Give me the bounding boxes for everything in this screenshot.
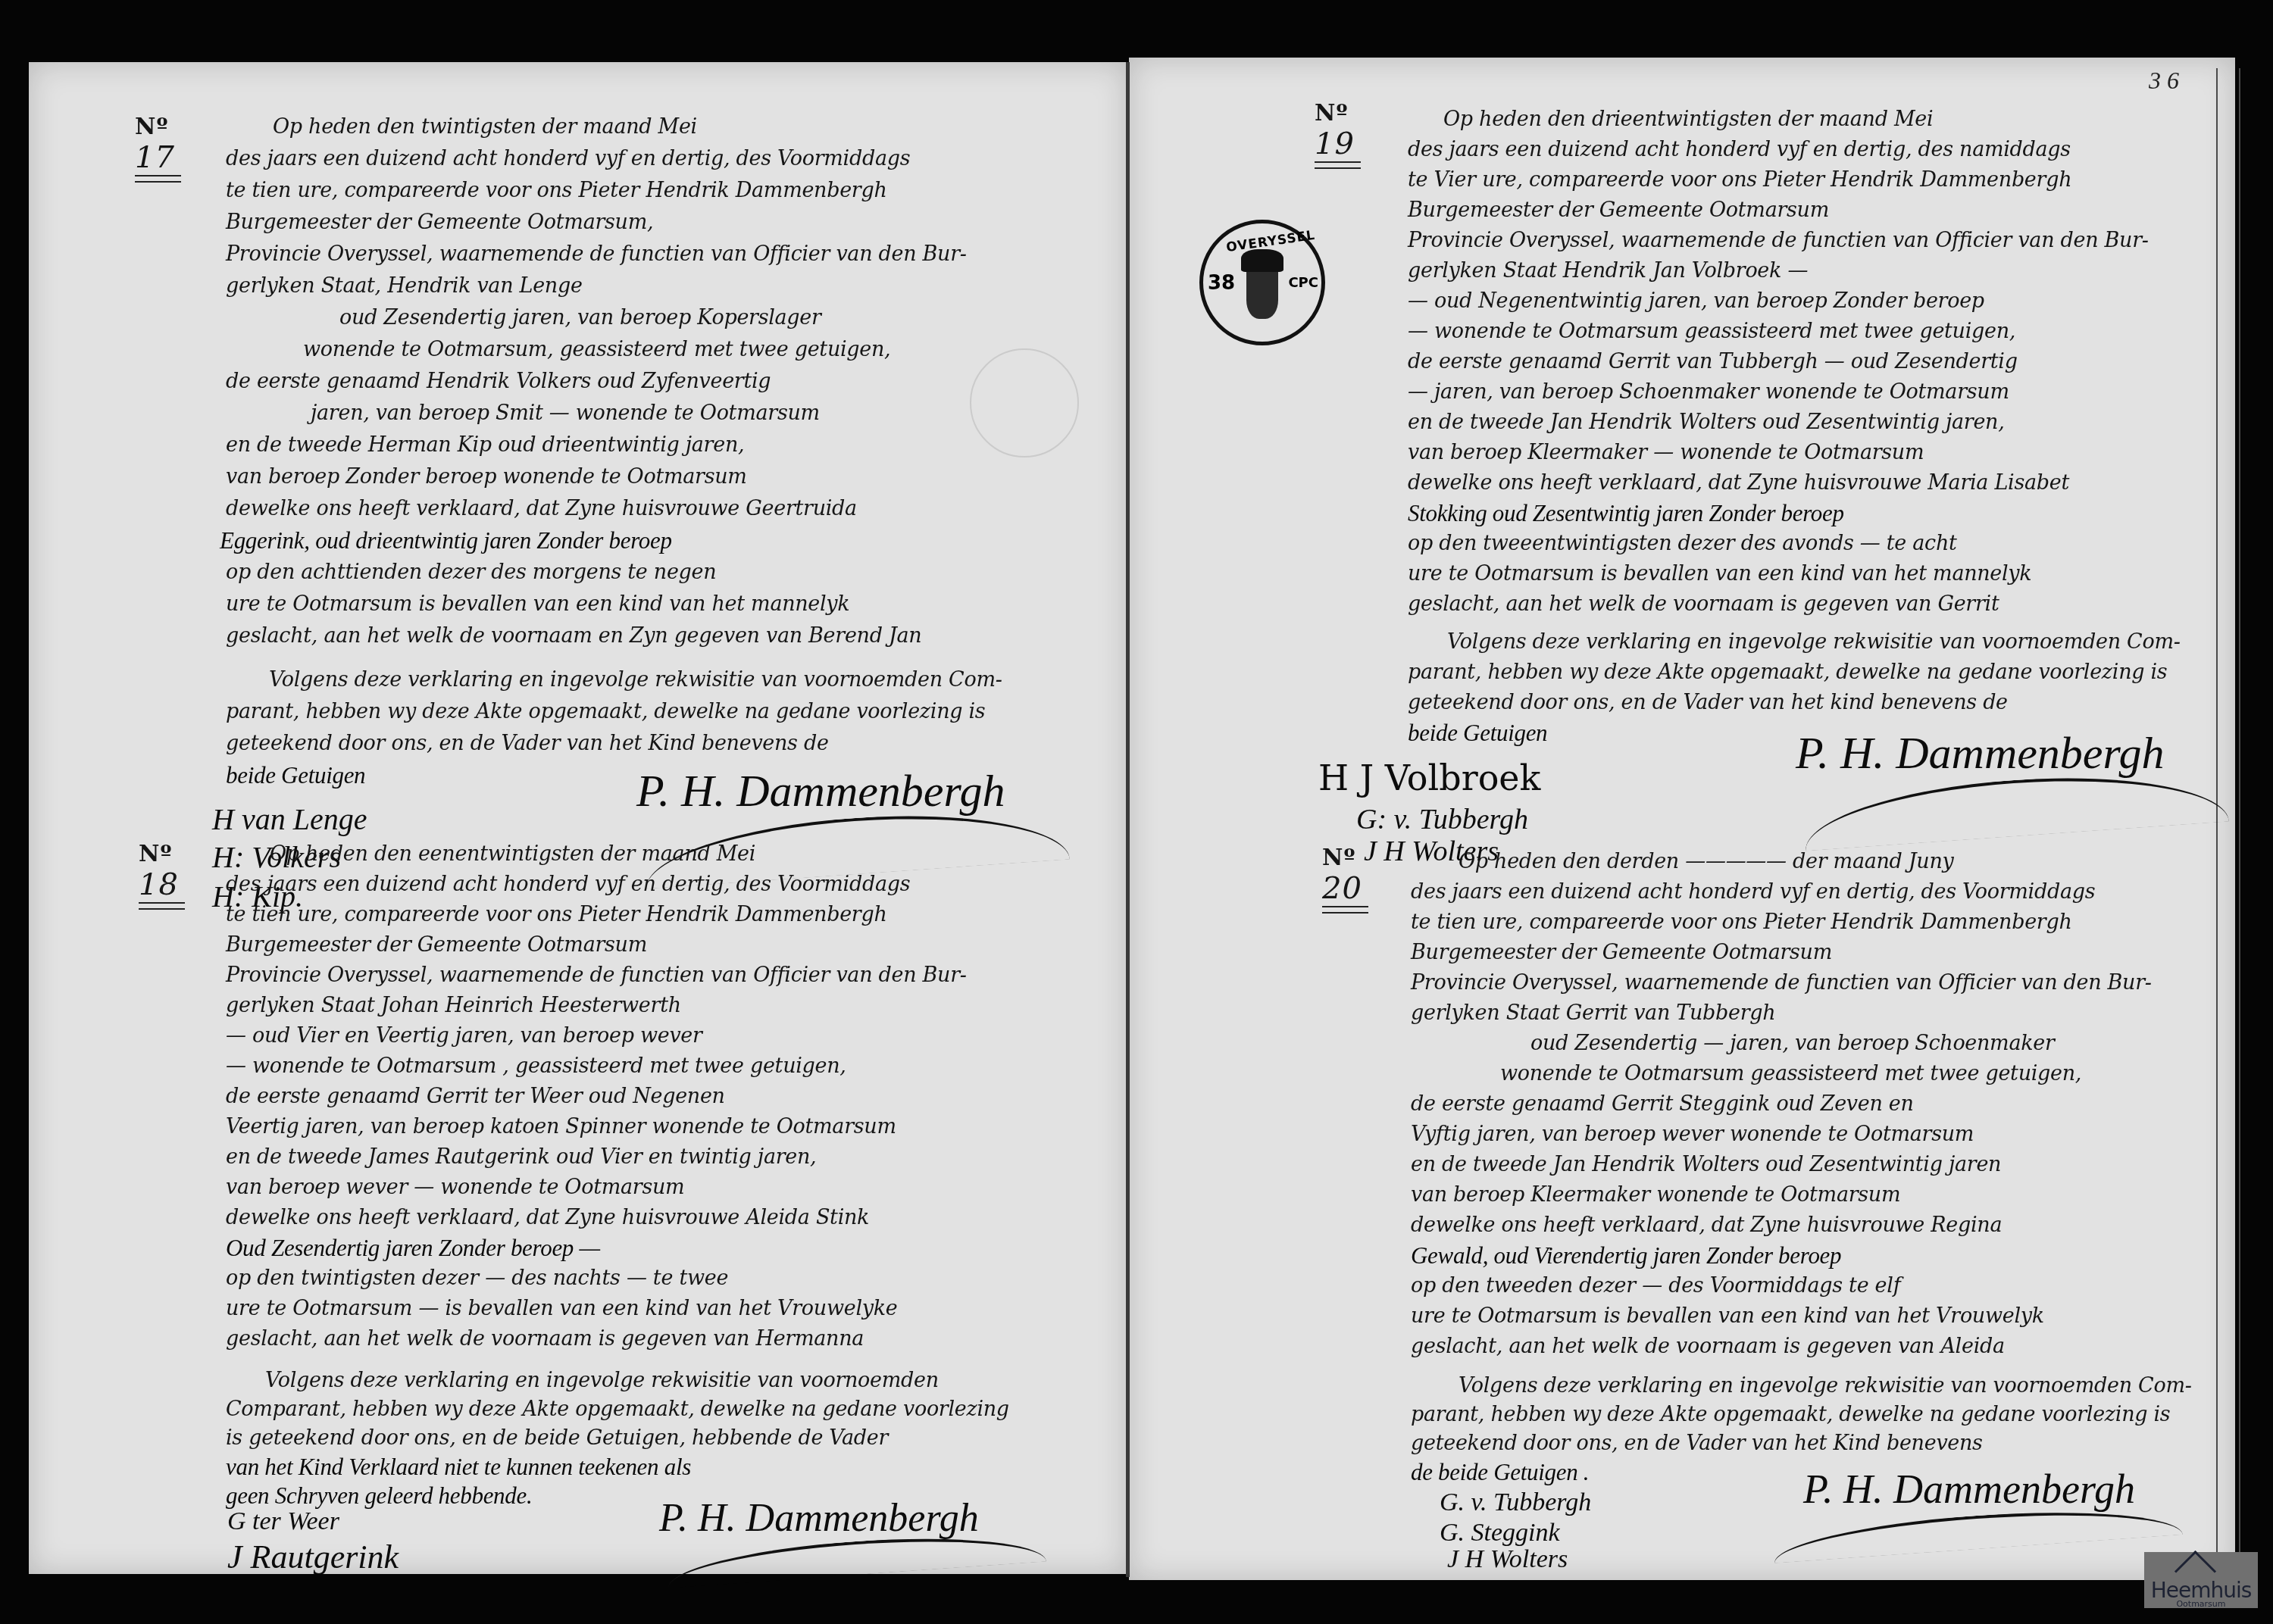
- record-line: gerlyken Staat Johan Heinrich Heesterwer…: [226, 992, 681, 1020]
- record-line: Eggerink, oud drieentwintig jaren Zonder…: [220, 527, 672, 554]
- record-line: te Vier ure, compareerde voor ons Pieter…: [1408, 167, 2071, 194]
- record-line: Provincie Overyssel, waarnemende de func…: [1408, 227, 2149, 255]
- record-line: Vyftig jaren, van beroep wever wonende t…: [1411, 1121, 1974, 1148]
- record-line: en de tweede Jan Hendrik Wolters oud Zes…: [1411, 1151, 2001, 1179]
- faint-stamp-bleedthrough: [970, 348, 1079, 458]
- stamp-value: 38: [1208, 272, 1235, 295]
- record-line: — wonende te Ootmarsum , geassisteerd me…: [226, 1053, 846, 1080]
- record-line: en de tweede Herman Kip oud drieentwinti…: [226, 432, 744, 459]
- record-line: Provincie Overyssel, waarnemende de func…: [226, 241, 967, 268]
- record-line: op den tweeentwintigsten dezer des avond…: [1408, 530, 1957, 557]
- record-line: wonende te Ootmarsum, geassisteerd met t…: [303, 336, 890, 364]
- witness-signature: H J Volbroek: [1318, 757, 1540, 798]
- page-edge-line: [2239, 68, 2240, 1576]
- record-line: gerlyken Staat, Hendrik van Lenge: [226, 273, 583, 300]
- witness-signature: J H Wolters: [1447, 1545, 1568, 1574]
- record-line: Gewald, oud Vierendertig jaren Zonder be…: [1411, 1242, 1841, 1270]
- closing-line: beide Getuigen: [226, 762, 365, 789]
- record-line: op den tweeden dezer — des Voormiddags t…: [1411, 1273, 1900, 1300]
- record-line: geslacht, aan het welk de voornaam is ge…: [1411, 1333, 2005, 1360]
- official-signature: P. H. Dammenbergh: [636, 765, 1005, 817]
- official-signature: P. H. Dammenbergh: [1803, 1466, 2135, 1513]
- closing-line: parant, hebben wy deze Akte opgemaakt, d…: [226, 698, 985, 726]
- record-number: Nº 20: [1322, 845, 1362, 906]
- record-line: de eerste genaamd Gerrit ter Weer oud Ne…: [226, 1083, 725, 1110]
- record-line: dewelke ons heeft verklaard, dat Zyne hu…: [1411, 1212, 2002, 1239]
- record-line: Burgemeester der Gemeente Ootmarsum: [226, 932, 647, 959]
- record-line: gerlyken Staat Hendrik Jan Volbroek —: [1408, 258, 1808, 285]
- record-line: — oud Negenentwintig jaren, van beroep Z…: [1408, 288, 1984, 315]
- overyssel-stamp-icon: OVERYSSEL 38 CPC: [1199, 220, 1325, 345]
- logo-subtitle: Ootmarsum: [2144, 1599, 2258, 1609]
- record-line: jaren, van beroep Smit — wonende te Ootm…: [311, 400, 820, 427]
- record-line: des jaars een duizend acht honderd vyf e…: [1411, 879, 2095, 906]
- closing-line: Volgens deze verklaring en ingevolge rek…: [265, 1367, 939, 1394]
- record-number: Nº 19: [1315, 100, 1355, 161]
- record-line: Burgemeester der Gemeente Ootmarsum: [1408, 197, 1829, 224]
- record-line: dewelke ons heeft verklaard, dat Zyne hu…: [1408, 470, 2069, 497]
- witness-signature: G ter Weer: [227, 1507, 339, 1536]
- record-line: ure te Ootmarsum — is bevallen van een k…: [226, 1295, 897, 1323]
- number-underline: [1315, 161, 1361, 169]
- record-line: dewelke ons heeft verklaard, dat Zyne hu…: [226, 495, 857, 523]
- record-number: Nº 17: [135, 114, 175, 175]
- number-underline: [139, 902, 185, 910]
- record-line: gerlyken Staat Gerrit van Tubbergh: [1411, 1000, 1775, 1027]
- record-line: te tien ure, compareerde voor ons Pieter…: [226, 177, 887, 205]
- official-signature-text: P. H. Dammenbergh: [1803, 1466, 2135, 1512]
- number-value: 20: [1322, 871, 1362, 906]
- record-line: Op heden den derden ————— der maand Juny: [1459, 848, 1953, 876]
- record-line: des jaars een duizend acht honderd vyf e…: [1408, 136, 2071, 164]
- record-line: van beroep Kleermaker wonende te Ootmars…: [1411, 1182, 1900, 1209]
- closing-line: parant, hebben wy deze Akte opgemaakt, d…: [1411, 1401, 2170, 1429]
- record-line: Veertig jaren, van beroep katoen Spinner…: [226, 1113, 896, 1141]
- number-prefix: Nº: [135, 114, 168, 140]
- record-line: en de tweede Jan Hendrik Wolters oud Zes…: [1408, 409, 2004, 436]
- record-line: te tien ure, compareerde voor ons Pieter…: [1411, 909, 2072, 936]
- record-line: Op heden den twintigsten der maand Mei: [273, 114, 697, 141]
- closing-line: geteekend door ons, en de Vader van het …: [1411, 1430, 1983, 1457]
- record-line: Op heden den drieentwintigsten der maand…: [1443, 106, 1933, 133]
- record-line: de eerste genaamd Gerrit van Tubbergh — …: [1408, 348, 2018, 376]
- witness-signature: G: v. Tubbergh: [1356, 803, 1528, 836]
- number-underline: [135, 175, 181, 183]
- witness-signature: H van Lenge: [212, 801, 367, 837]
- closing-line: beide Getuigen: [1408, 720, 1547, 747]
- record-line: ure te Ootmarsum is bevallen van een kin…: [226, 591, 849, 618]
- record-line: Provincie Overyssel, waarnemende de func…: [1411, 970, 2152, 997]
- record-line: geslacht, aan het welk de voornaam en Zy…: [226, 623, 921, 650]
- official-signature: P. H. Dammenbergh: [1796, 727, 2165, 779]
- record-line: de eerste genaamd Hendrik Volkers oud Zy…: [226, 368, 771, 395]
- record-line: van beroep wever — wonende te Ootmarsum: [226, 1174, 684, 1201]
- official-signature-text: P. H. Dammenbergh: [636, 766, 1005, 816]
- book-gutter: [1126, 62, 1130, 1577]
- record-line: ure te Ootmarsum is bevallen van een kin…: [1411, 1303, 2044, 1330]
- record-line: te tien ure, compareerde voor ons Pieter…: [226, 901, 887, 929]
- closing-line: Comparant, hebben wy deze Akte opgemaakt…: [226, 1396, 1009, 1423]
- witness-signature: G. v. Tubbergh: [1440, 1488, 1591, 1517]
- record-line: oud Zesendertig — jaren, van beroep Scho…: [1530, 1030, 2055, 1057]
- witness-signature: J Rautgerink: [227, 1538, 399, 1576]
- folio-number: 3 6: [2149, 67, 2179, 95]
- witness-signature: G. Steggink: [1440, 1519, 1560, 1547]
- record-line: Burgemeester der Gemeente Ootmarsum,: [226, 209, 653, 236]
- closing-line: geteekend door ons, en de Vader van het …: [226, 730, 829, 757]
- record-line: geslacht, aan het welk de voornaam is ge…: [1408, 591, 1999, 618]
- record-line: Stokking oud Zesentwintig jaren Zonder b…: [1408, 500, 1844, 527]
- record-line: de eerste genaamd Gerrit Steggink oud Ze…: [1411, 1091, 1914, 1118]
- record-line: — oud Vier en Veertig jaren, van beroep …: [226, 1023, 702, 1050]
- record-line: — jaren, van beroep Schoenmaker wonende …: [1408, 379, 2009, 406]
- record-line: des jaars een duizend acht honderd vyf e…: [226, 871, 910, 898]
- shield-icon: [1246, 272, 1278, 319]
- record-line: op den achttienden dezer des morgens te …: [226, 559, 716, 586]
- stamp-unit: CPC: [1288, 275, 1318, 291]
- record-line: Provincie Overyssel, waarnemende de func…: [226, 962, 967, 989]
- record-line: wonende te Ootmarsum geassisteerd met tw…: [1500, 1060, 2081, 1088]
- closing-line: parant, hebben wy deze Akte opgemaakt, d…: [1408, 659, 2167, 686]
- heemhuis-logo: Heemhuis Ootmarsum: [2144, 1552, 2258, 1608]
- closing-line: is geteekend door ons, en de beide Getui…: [226, 1425, 888, 1452]
- record-line: ure te Ootmarsum is bevallen van een kin…: [1408, 561, 2031, 588]
- number-underline: [1322, 906, 1368, 913]
- record-number: Nº 18: [139, 841, 179, 902]
- record-line: van beroep Kleermaker — wonende te Ootma…: [1408, 439, 1924, 467]
- closing-line: Volgens deze verklaring en ingevolge rek…: [1459, 1373, 2192, 1400]
- record-line: oud Zesendertig jaren, van beroep Kopers…: [339, 304, 821, 332]
- closing-line: van het Kind Verklaard niet te kunnen te…: [226, 1454, 691, 1481]
- number-prefix: Nº: [1315, 100, 1348, 126]
- record-line: van beroep Zonder beroep wonende te Ootm…: [226, 464, 747, 491]
- record-line: des jaars een duizend acht honderd vyf e…: [226, 145, 910, 173]
- record-line: op den twintigsten dezer — des nachts — …: [226, 1265, 728, 1292]
- official-signature-text: P. H. Dammenbergh: [659, 1497, 979, 1540]
- number-value: 18: [139, 867, 179, 902]
- official-signature: P. H. Dammenbergh: [659, 1496, 979, 1541]
- number-prefix: Nº: [1322, 845, 1355, 871]
- record-line: Burgemeester der Gemeente Ootmarsum: [1411, 939, 1832, 967]
- closing-line: geen Schryven geleerd hebbende.: [226, 1482, 532, 1510]
- closing-line: geteekend door ons, en de Vader van het …: [1408, 689, 2008, 717]
- record-line: Op heden den eenentwintigsten der maand …: [270, 841, 755, 868]
- closing-line: de beide Getuigen .: [1411, 1459, 1589, 1486]
- record-line: — wonende te Ootmarsum geassisteerd met …: [1408, 318, 2015, 345]
- closing-line: Volgens deze verklaring en ingevolge rek…: [1447, 629, 2181, 656]
- number-value: 17: [135, 140, 175, 175]
- record-line: dewelke ons heeft verklaard, dat Zyne hu…: [226, 1204, 869, 1232]
- number-prefix: Nº: [139, 841, 172, 867]
- record-line: en de tweede James Rautgerink oud Vier e…: [226, 1144, 816, 1171]
- crown-icon: [1241, 249, 1283, 272]
- record-line: geslacht, aan het welk de voornaam is ge…: [226, 1326, 864, 1353]
- official-signature-text: P. H. Dammenbergh: [1796, 728, 2165, 778]
- record-line: Oud Zesendertig jaren Zonder beroep —: [226, 1235, 600, 1262]
- closing-line: Volgens deze verklaring en ingevolge rek…: [269, 667, 1002, 694]
- number-value: 19: [1315, 126, 1355, 161]
